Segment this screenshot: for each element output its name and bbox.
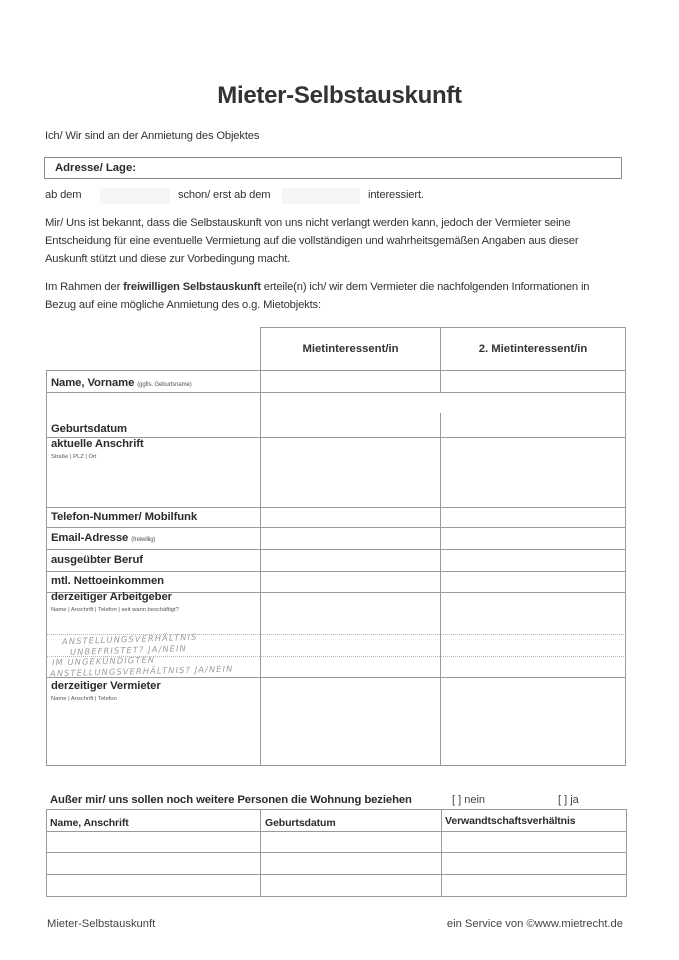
- paragraph1-line3: Auskunft stützt und diese zur Vorbedingu…: [45, 253, 290, 265]
- address-field[interactable]: Adresse/ Lage:: [44, 157, 622, 179]
- column-header-name: Name, Anschrift: [50, 817, 129, 829]
- row-label-profession: ausgeübter Beruf: [51, 554, 143, 566]
- row-sublabel-address: Straße | PLZ | Ort: [51, 454, 97, 460]
- address-label: Adresse/ Lage:: [55, 162, 136, 174]
- emphasis-text: freiwilligen Selbstauskunft: [123, 281, 261, 293]
- email-applicant-2[interactable]: [441, 528, 625, 549]
- profession-applicant-1[interactable]: [261, 550, 440, 571]
- row-label-address: aktuelle Anschrift: [51, 438, 144, 450]
- occupant-3-name[interactable]: [47, 875, 260, 896]
- occupant-1-relationship[interactable]: [442, 832, 626, 852]
- phone-applicant-1[interactable]: [261, 508, 440, 527]
- date-from-field[interactable]: [100, 188, 170, 204]
- occupant-1-birthdate[interactable]: [261, 832, 441, 852]
- occupant-2-birthdate[interactable]: [261, 853, 441, 874]
- employer-applicant-2[interactable]: [441, 593, 625, 677]
- intro-text: Ich/ Wir sind an der Anmietung des Objek…: [45, 130, 259, 142]
- row-label-name: Name, Vorname(ggfls. Geburtsname): [51, 377, 192, 389]
- paragraph2-line2: Bezug auf eine mögliche Anmietung des o.…: [45, 299, 321, 311]
- row-label-employer: derzeitiger Arbeitgeber: [51, 591, 172, 603]
- income-applicant-1[interactable]: [261, 572, 440, 592]
- table-border: [46, 370, 47, 765]
- page-title: Mieter-Selbstauskunft: [0, 82, 679, 110]
- column-header-applicant-2: 2. Mietinteressent/in: [441, 343, 625, 355]
- birthdate-applicant-2[interactable]: [441, 393, 625, 437]
- column-header-relationship: Verwandtschaftsverhältnis: [445, 815, 576, 827]
- landlord-applicant-1[interactable]: [261, 678, 440, 765]
- row-label-landlord: derzeitiger Vermieter: [51, 680, 161, 692]
- footer-right: ein Service von ©www.mietrecht.de: [447, 918, 623, 930]
- occupant-2-relationship[interactable]: [442, 853, 626, 874]
- table-border: [626, 809, 627, 897]
- name-applicant-2[interactable]: [441, 371, 625, 392]
- paragraph2-line1: Im Rahmen der freiwilligen Selbstauskunf…: [45, 281, 589, 293]
- row-sublabel-landlord: Name | Anschrift | Telefon: [51, 696, 117, 702]
- name-applicant-1[interactable]: [261, 371, 440, 392]
- row-sublabel-employer: Name | Anschrift | Telefon | seit wann b…: [51, 607, 179, 613]
- column-header-applicant-1: Mietinteressent/in: [261, 343, 440, 355]
- row-line: [46, 765, 626, 766]
- occupant-3-relationship[interactable]: [442, 875, 626, 896]
- phone-applicant-2[interactable]: [441, 508, 625, 527]
- row-label-email: Email-Adresse(freiwillig): [51, 532, 155, 544]
- address-applicant-1[interactable]: [261, 438, 440, 507]
- birthdate-applicant-1[interactable]: [261, 393, 440, 437]
- employer-applicant-1[interactable]: [261, 593, 440, 677]
- date-suffix: interessiert.: [368, 189, 424, 201]
- row-label-phone: Telefon-Nummer/ Mobilfunk: [51, 511, 197, 523]
- table-border: [46, 809, 627, 810]
- paragraph1-line2: Entscheidung für eine eventuelle Vermiet…: [45, 235, 578, 247]
- date-prefix: ab dem: [45, 189, 81, 201]
- column-header-birthdate: Geburtsdatum: [265, 817, 336, 829]
- landlord-applicant-2[interactable]: [441, 678, 625, 765]
- income-applicant-2[interactable]: [441, 572, 625, 592]
- row-label-birthdate: Geburtsdatum: [51, 423, 127, 435]
- profession-applicant-2[interactable]: [441, 550, 625, 571]
- occupants-question: Außer mir/ uns sollen noch weitere Perso…: [50, 794, 412, 806]
- footer-left: Mieter-Selbstauskunft: [47, 918, 155, 930]
- row-label-income: mtl. Nettoeinkommen: [51, 575, 164, 587]
- checkbox-no[interactable]: [ ] nein: [452, 794, 485, 806]
- date-middle: schon/ erst ab dem: [178, 189, 270, 201]
- date-earliest-field[interactable]: [282, 188, 360, 204]
- paragraph1-line1: Mir/ Uns ist bekannt, dass die Selbstaus…: [45, 217, 570, 229]
- occupant-2-name[interactable]: [47, 853, 260, 874]
- occupant-3-birthdate[interactable]: [261, 875, 441, 896]
- occupant-1-name[interactable]: [47, 832, 260, 852]
- address-applicant-2[interactable]: [441, 438, 625, 507]
- email-applicant-1[interactable]: [261, 528, 440, 549]
- checkbox-yes[interactable]: [ ] ja: [558, 794, 579, 806]
- table-border: [46, 896, 627, 897]
- table-border: [260, 327, 626, 328]
